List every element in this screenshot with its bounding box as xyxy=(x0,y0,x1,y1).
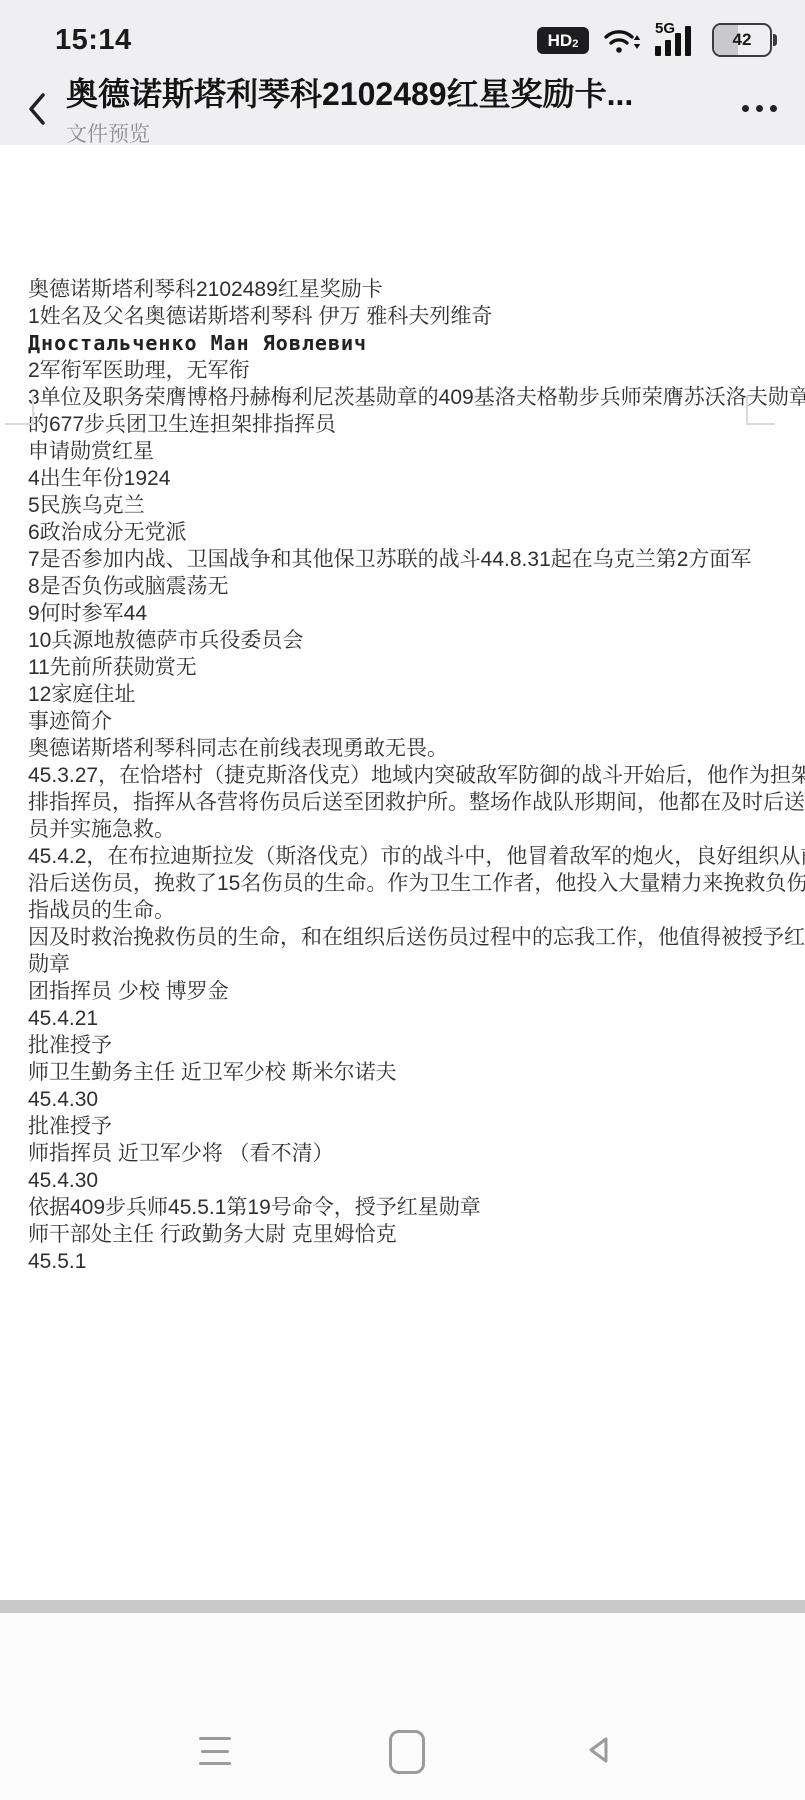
document-line: 批准授予 xyxy=(28,1032,777,1059)
document-line: 45.4.2，在布拉迪斯拉发（斯洛伐克）市的战斗中，他冒着敌军的炮火，良好组织从… xyxy=(28,843,777,870)
document-line: 沿后送伤员，挽救了15名伤员的生命。作为卫生工作者，他投入大量精力来挽救负伤的 xyxy=(28,870,777,897)
document-line: 5民族乌克兰 xyxy=(28,492,777,519)
recent-apps-button[interactable] xyxy=(199,1737,231,1765)
back-button[interactable] xyxy=(20,87,54,131)
document-line: 7是否参加内战、卫国战争和其他保卫苏联的战斗44.8.31起在乌克兰第2方面军 xyxy=(28,546,777,573)
more-options-button[interactable] xyxy=(742,87,777,131)
document-line: 6政治成分无党派 xyxy=(28,519,777,546)
nav-back-button[interactable] xyxy=(583,1734,615,1766)
hd-voice-icon: HD2 xyxy=(537,27,589,54)
document-line: 9何时参军44 xyxy=(28,600,777,627)
document-line: 申请勋赏红星 xyxy=(28,438,777,465)
document-line: 团指挥员 少校 博罗金 xyxy=(28,978,777,1005)
document-line: 2军衔军医助理，无军衔 xyxy=(28,357,777,384)
battery-icon: 42 xyxy=(712,23,777,57)
document-line: 师指挥员 近卫军少将 （看不清） xyxy=(28,1140,777,1167)
document-line: 45.4.30 xyxy=(28,1167,777,1194)
document-text: 奥德诺斯塔利琴科2102489红星奖励卡1姓名及父名奥德诺斯塔利琴科 伊万 雅科… xyxy=(0,145,805,1275)
document-line: 45.3.27，在恰塔村（捷克斯洛伐克）地域内突破敌军防御的战斗开始后，他作为担… xyxy=(28,762,777,789)
document-line: 排指挥员，指挥从各营将伤员后送至团救护所。整场作战队形期间，他都在及时后送伤 xyxy=(28,789,777,816)
document-preview[interactable]: 奥德诺斯塔利琴科2102489红星奖励卡1姓名及父名奥德诺斯塔利琴科 伊万 雅科… xyxy=(0,145,805,1600)
document-line: 4出生年份1924 xyxy=(28,465,777,492)
title-block: 奥德诺斯塔利琴科2102489红星奖励卡... 文件预览 xyxy=(66,69,734,148)
wifi-icon xyxy=(602,23,642,57)
document-line: 批准授予 xyxy=(28,1113,777,1140)
top-bar: 15:14 HD2 5G xyxy=(0,0,805,145)
document-line: 师干部处主任 行政勤务大尉 克里姆恰克 xyxy=(28,1221,777,1248)
document-line: 依据409步兵师45.5.1第19号命令，授予红星勋章 xyxy=(28,1194,777,1221)
document-line: 的677步兵团卫生连担架排指挥员 xyxy=(28,411,777,438)
menu-icon xyxy=(199,1737,231,1740)
document-line: 8是否负伤或脑震荡无 xyxy=(28,573,777,600)
document-line: 45.5.1 xyxy=(28,1248,777,1275)
document-line: 因及时救治挽救伤员的生命，和在组织后送伤员过程中的忘我工作，他值得被授予红星 xyxy=(28,924,777,951)
document-line: 勋章 xyxy=(28,951,777,978)
back-chevron-icon xyxy=(26,89,48,129)
document-line: 奥德诺斯塔利琴科2102489红星奖励卡 xyxy=(28,276,777,303)
document-line: Дностальченко Ман Яовлевич xyxy=(28,330,777,357)
status-icons: HD2 5G xyxy=(537,20,777,60)
document-line: 1姓名及父名奥德诺斯塔利琴科 伊万 雅科夫列维奇 xyxy=(28,303,777,330)
bottom-divider xyxy=(0,1600,805,1613)
phone-screen: 15:14 HD2 5G xyxy=(0,0,805,1800)
document-line: 事迹简介 xyxy=(28,708,777,735)
home-button[interactable] xyxy=(389,1730,425,1774)
app-header: 奥德诺斯塔利琴科2102489红星奖励卡... 文件预览 xyxy=(0,72,805,145)
status-bar: 15:14 HD2 5G xyxy=(0,20,805,60)
document-line: 3单位及职务荣膺博格丹赫梅利尼茨基勋章的409基洛夫格勒步兵师荣膺苏沃洛夫勋章 xyxy=(28,384,777,411)
page-subtitle: 文件预览 xyxy=(66,118,734,148)
document-line: 45.4.30 xyxy=(28,1086,777,1113)
document-line: 11先前所获勋赏无 xyxy=(28,654,777,681)
document-line: 师卫生勤务主任 近卫军少校 斯米尔诺夫 xyxy=(28,1059,777,1086)
document-line: 奥德诺斯塔利琴科同志在前线表现勇敢无畏。 xyxy=(28,735,777,762)
document-line: 指战员的生命。 xyxy=(28,897,777,924)
document-line: 员并实施急救。 xyxy=(28,816,777,843)
cellular-signal-icon: 5G xyxy=(655,22,699,58)
document-line: 12家庭住址 xyxy=(28,681,777,708)
document-line: 45.4.21 xyxy=(28,1005,777,1032)
file-title: 奥德诺斯塔利琴科2102489红星奖励卡... xyxy=(66,69,706,115)
document-line: 10兵源地敖德萨市兵役委员会 xyxy=(28,627,777,654)
clock: 15:14 xyxy=(55,24,132,57)
back-triangle-icon xyxy=(591,1739,606,1761)
more-options-icon xyxy=(742,105,749,112)
